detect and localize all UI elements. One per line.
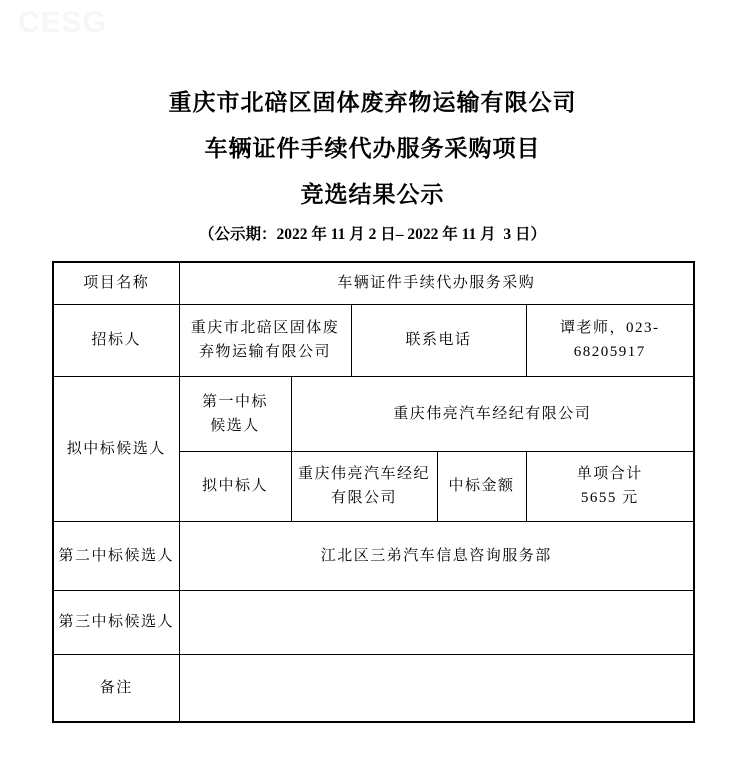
award-amount-value: 单项合计 5655 元 [526,451,694,521]
tenderer-value: 重庆市北碚区固体废 弃物运输有限公司 [179,304,351,376]
title-line-company: 重庆市北碚区固体废弃物运输有限公司 [0,80,745,126]
title-block: 重庆市北碚区固体废弃物运输有限公司 车辆证件手续代办服务采购项目 竞选结果公示 [0,80,745,218]
contact-phone-label: 联系电话 [351,304,526,376]
row-second-candidate: 第二中标候选人 江北区三弟汽车信息咨询服务部 [53,521,694,590]
candidates-label: 拟中标候选人 [53,376,179,521]
result-table: 项目名称 车辆证件手续代办服务采购 招标人 重庆市北碚区固体废 弃物运输有限公司… [52,261,695,723]
first-candidate-label: 第一中标 候选人 [179,376,291,451]
row-project-name: 项目名称 车辆证件手续代办服务采购 [53,262,694,304]
watermark: CESG [18,6,107,40]
contact-phone-value: 谭老师，023-68205917 [526,304,694,376]
second-candidate-label: 第二中标候选人 [53,521,179,590]
third-candidate-label: 第三中标候选人 [53,590,179,654]
remarks-value [179,654,694,722]
remarks-label: 备注 [53,654,179,722]
proposed-winner-label: 拟中标人 [179,451,291,521]
award-amount-label: 中标金额 [437,451,526,521]
row-tenderer: 招标人 重庆市北碚区固体废 弃物运输有限公司 联系电话 谭老师，023-6820… [53,304,694,376]
row-third-candidate: 第三中标候选人 [53,590,694,654]
row-remarks: 备注 [53,654,694,722]
first-candidate-value: 重庆伟亮汽车经纪有限公司 [291,376,694,451]
project-name-value: 车辆证件手续代办服务采购 [179,262,694,304]
third-candidate-value [179,590,694,654]
proposed-winner-value: 重庆伟亮汽车经纪 有限公司 [291,451,437,521]
title-line-result: 竞选结果公示 [0,172,745,218]
tenderer-label: 招标人 [53,304,179,376]
document-page: CESG 重庆市北碚区固体废弃物运输有限公司 车辆证件手续代办服务采购项目 竞选… [0,80,745,723]
row-first-candidate: 拟中标候选人 第一中标 候选人 重庆伟亮汽车经纪有限公司 [53,376,694,451]
publicity-period: （公示期：2022 年 11 月 2 日– 2022 年 11 月 3 日） [0,224,745,246]
title-line-project: 车辆证件手续代办服务采购项目 [0,126,745,172]
second-candidate-value: 江北区三弟汽车信息咨询服务部 [179,521,694,590]
project-name-label: 项目名称 [53,262,179,304]
